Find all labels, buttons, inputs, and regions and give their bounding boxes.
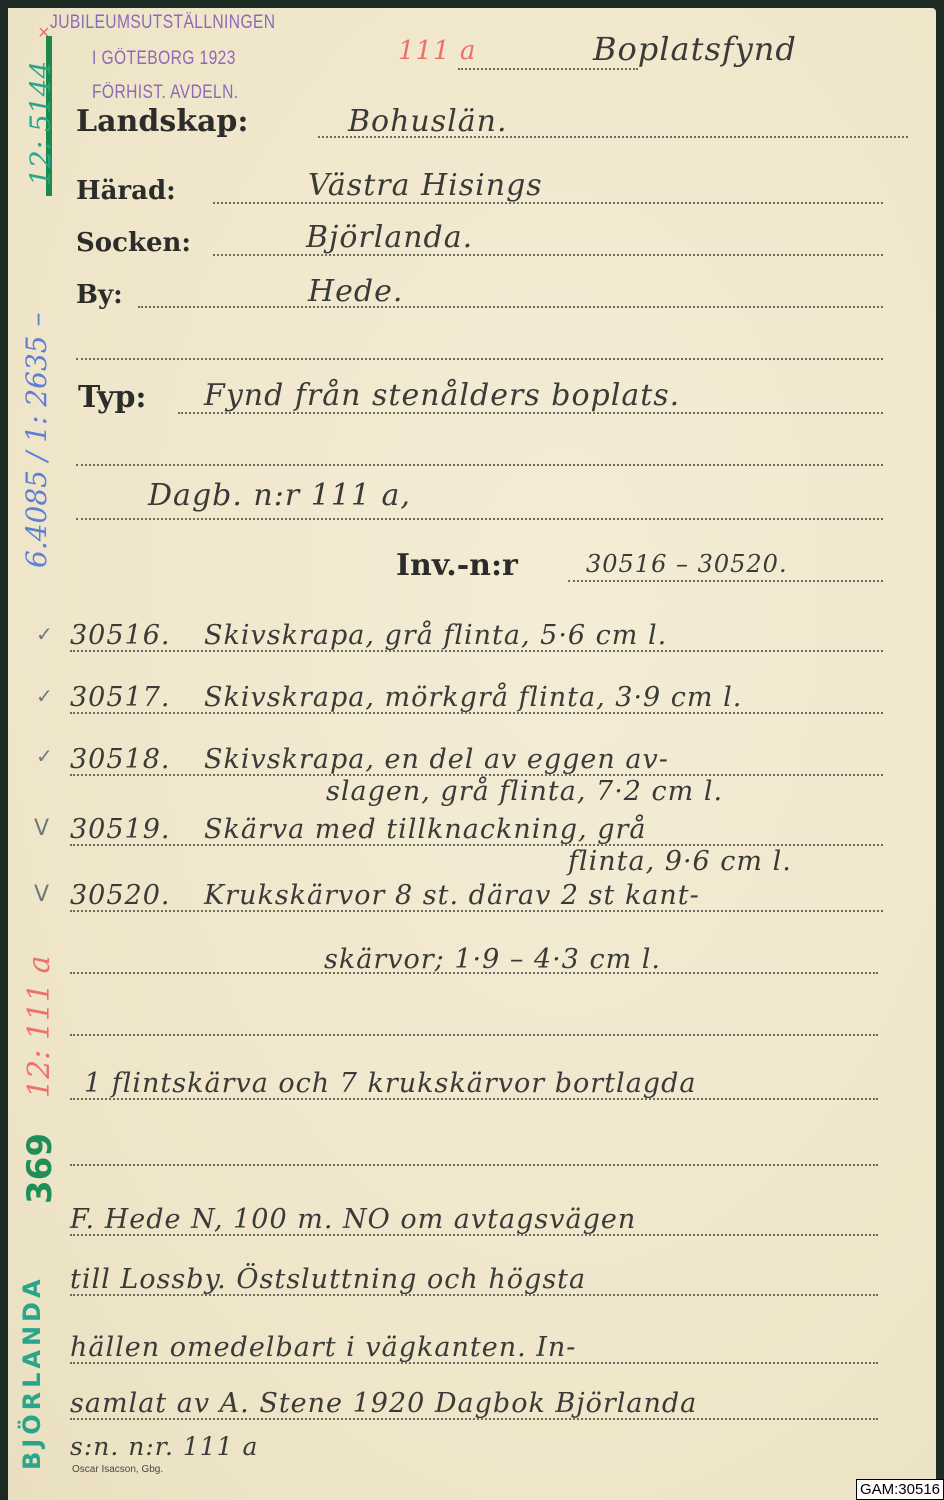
item-text: Skivskrapa, en del av eggen av- bbox=[204, 744, 669, 775]
item-text-continued: slagen, grå flinta, 7·2 cm l. bbox=[326, 776, 723, 807]
removed-note-line bbox=[70, 1098, 878, 1100]
location-line: samlat av A. Stene 1920 Dagbok Björlanda bbox=[70, 1388, 697, 1419]
location-dotted bbox=[70, 1294, 878, 1296]
dagbok-line bbox=[76, 518, 883, 520]
catalog-card: JUBILEUMSUTSTÄLLNINGEN I GÖTEBORG 1923 F… bbox=[8, 8, 936, 1500]
red-ref: 12: 111 a bbox=[22, 956, 57, 1099]
check-mark-icon: ✓ bbox=[36, 684, 53, 708]
item-number: 30518. bbox=[70, 744, 170, 775]
item-line bbox=[70, 910, 883, 912]
item-number: 30516. bbox=[70, 620, 170, 651]
blank-line-1 bbox=[76, 358, 883, 360]
header-dotted-line bbox=[458, 68, 638, 70]
inventory-label: Inv.-n:r bbox=[396, 548, 518, 583]
top-green-ref: 12: 5144 bbox=[24, 61, 57, 186]
item-text: Skivskrapa, grå flinta, 5·6 cm l. bbox=[204, 620, 667, 651]
item-text: Skärva med tillknackning, grå bbox=[204, 814, 646, 845]
socken-value: Björlanda. bbox=[306, 220, 473, 255]
red-number: 111 a bbox=[398, 36, 476, 66]
harad-value: Västra Hisings bbox=[308, 168, 543, 203]
check-mark-icon: V bbox=[34, 816, 49, 841]
blank-line-2 bbox=[76, 464, 883, 466]
parish-number: 369 bbox=[20, 1133, 60, 1204]
landskap-label: Landskap: bbox=[76, 104, 249, 139]
item-text: Krukskärvor 8 st. därav 2 st kant- bbox=[204, 880, 700, 911]
landskap-value: Bohuslän. bbox=[348, 104, 507, 139]
typ-label: Typ: bbox=[78, 380, 147, 415]
stamp-line-2: I GÖTEBORG 1923 bbox=[92, 48, 236, 70]
item-text: Skivskrapa, mörkgrå flinta, 3·9 cm l. bbox=[204, 682, 742, 713]
location-dotted bbox=[70, 1362, 878, 1364]
stamp-line-3: FÖRHIST. AVDELN. bbox=[92, 82, 239, 104]
by-label: By: bbox=[76, 280, 123, 310]
id-badge: GAM:30516 bbox=[856, 1479, 944, 1500]
by-value: Hede. bbox=[308, 274, 403, 309]
location-line: F. Hede N, 100 m. NO om avtagsvägen bbox=[70, 1204, 636, 1235]
removed-note: 1 flintskärva och 7 krukskärvor bortlagd… bbox=[84, 1068, 696, 1099]
typ-value: Fynd från stenålders boplats. bbox=[204, 378, 680, 413]
category-value: Boplatsfynd bbox=[593, 30, 797, 68]
parish-stamp: BJÖRLANDA bbox=[18, 1275, 46, 1470]
item-number: 30519. bbox=[70, 814, 170, 845]
location-line: hällen omedelbart i vägkanten. In- bbox=[70, 1332, 576, 1363]
item-line bbox=[70, 650, 883, 652]
dagbok-number: Dagb. n:r 111 a, bbox=[148, 478, 411, 513]
stamp-line-1: JUBILEUMSUTSTÄLLNINGEN bbox=[50, 12, 275, 34]
blue-ref: 6.4085 / 1: 2635 – bbox=[20, 312, 53, 568]
item-number: 30517. bbox=[70, 682, 170, 713]
check-mark-icon: ✓ bbox=[36, 622, 53, 646]
harad-label: Härad: bbox=[76, 176, 176, 206]
by-line bbox=[138, 306, 883, 308]
blank-line-4 bbox=[70, 1164, 878, 1166]
printer-credit: Oscar Isacson, Gbg. bbox=[72, 1464, 163, 1475]
item-number: 30520. bbox=[70, 880, 170, 911]
item-line bbox=[70, 972, 878, 974]
item-text-continued: skärvor; 1·9 – 4·3 cm l. bbox=[324, 944, 661, 975]
location-line: s:n. n:r. 111 a bbox=[70, 1432, 258, 1461]
socken-label: Socken: bbox=[76, 228, 191, 258]
location-dotted bbox=[70, 1418, 878, 1420]
location-line: till Lossby. Östsluttning och högsta bbox=[70, 1264, 586, 1295]
blank-line-3 bbox=[70, 1034, 878, 1036]
inventory-line bbox=[568, 580, 883, 582]
item-text-continued: flinta, 9·6 cm l. bbox=[568, 846, 792, 877]
check-mark-icon: ✓ bbox=[36, 744, 53, 768]
inventory-range: 30516 – 30520. bbox=[586, 550, 788, 578]
location-dotted bbox=[70, 1234, 878, 1236]
check-mark-icon: V bbox=[34, 882, 49, 907]
item-line bbox=[70, 712, 883, 714]
